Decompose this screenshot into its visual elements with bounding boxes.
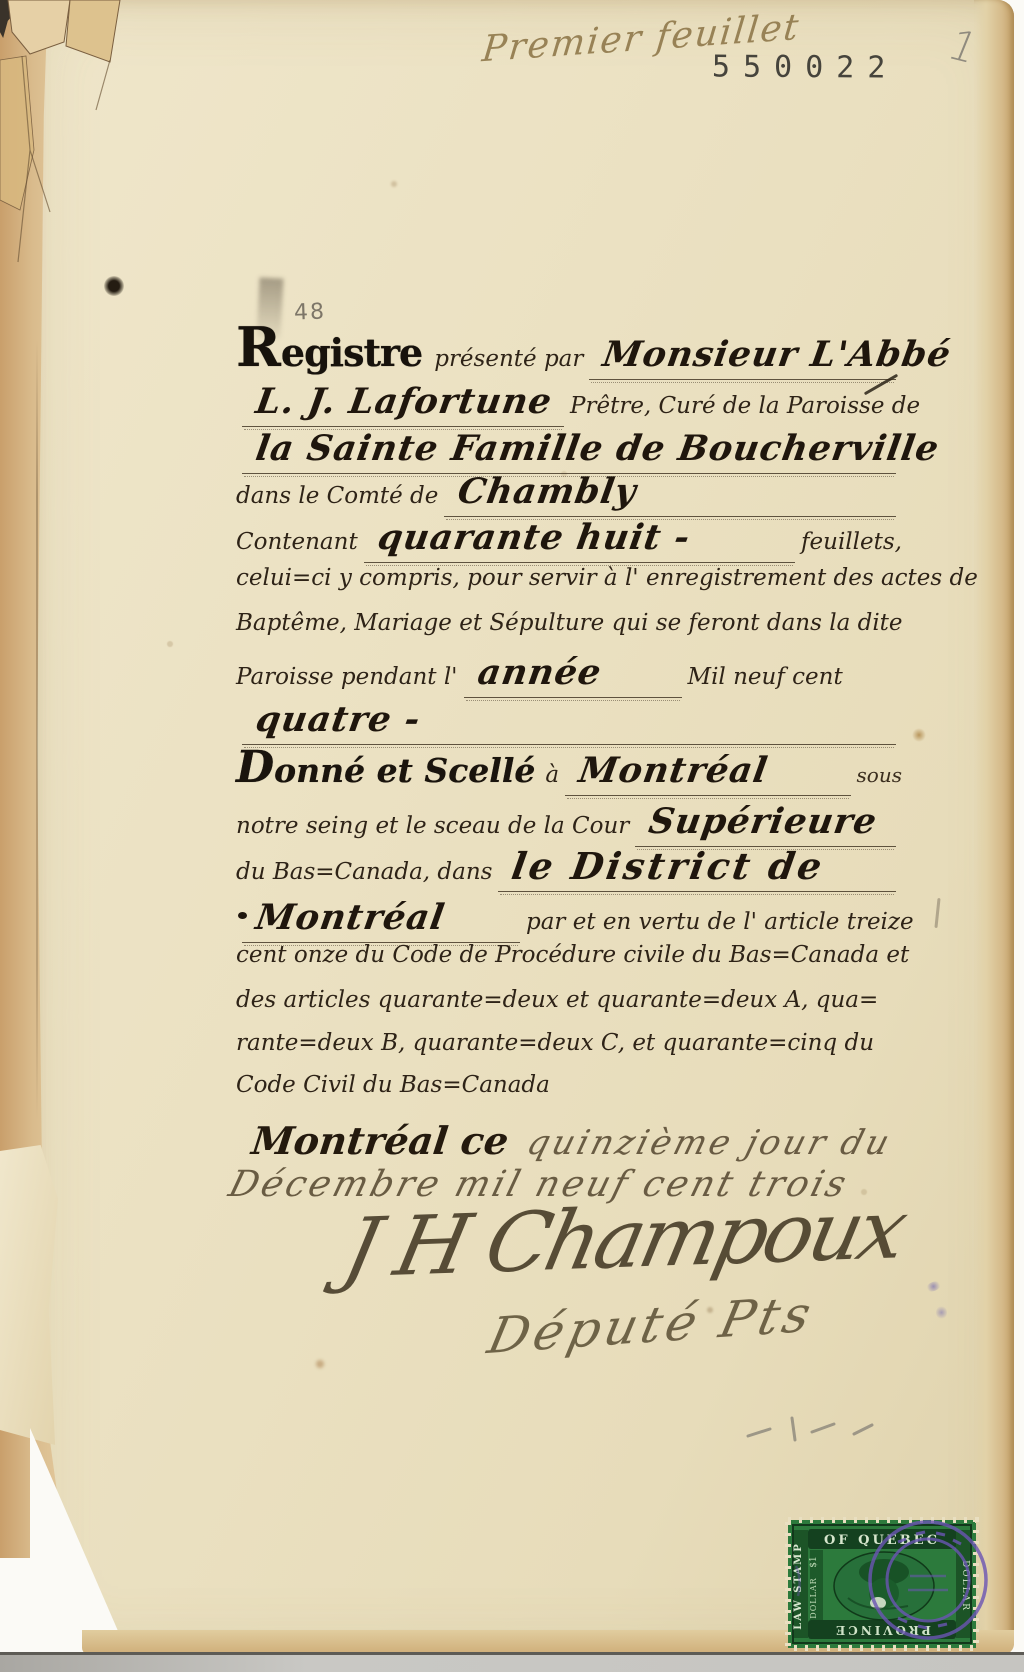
revenue-stamp: OF QUEBEC PROVINCE LAW STAMP $1 DOLLAR D… [778, 1506, 1018, 1672]
blank-rule: Supérieure [635, 800, 896, 847]
form-line-7: Baptême, Mariage et Sépulture qui se fer… [236, 609, 902, 638]
printed-label: présenté par [434, 345, 583, 374]
stamp-value: $1 [809, 1556, 819, 1567]
blank-rule: Monsieur L'Abbé [589, 333, 896, 380]
written-entry: Montréal [561, 749, 779, 795]
printed-label: sous [857, 763, 902, 788]
right-page-edge [974, 0, 1014, 1654]
printed-label: Contenant [236, 528, 358, 557]
blank-rule: Chambly [444, 470, 896, 517]
written-entry: la Sainte Famille de Boucherville [238, 427, 950, 473]
form-line-17: Code Civil du Bas=Canada [236, 1071, 902, 1100]
ornate-heading: Donné et Scellé [236, 740, 535, 795]
written-entry: Monsieur L'Abbé [586, 333, 963, 379]
stamp-portrait [834, 1552, 934, 1620]
blank-rule: année [464, 651, 682, 698]
written-entry: le District de [495, 843, 837, 891]
form-line-9: quatre - [236, 698, 902, 745]
form-line-3: la Sainte Famille de Boucherville [236, 427, 902, 474]
edge-crack [36, 340, 38, 1120]
stamp-bottom-banner: PROVINCE [833, 1623, 931, 1637]
printed-label: par et en vertu de l' article treize [526, 908, 914, 937]
printed-label: Mil neuf cent [688, 663, 843, 692]
printed-text: Baptême, Mariage et Sépulture qui se fer… [236, 609, 903, 638]
serial-number-stamp: 550022 [712, 49, 899, 85]
form-line-10: Donné et Scellé à Montréal sous [236, 740, 902, 796]
stamp-body: OF QUEBEC PROVINCE LAW STAMP $1 DOLLAR D… [788, 1520, 976, 1648]
paper-flap [0, 1145, 58, 1445]
printed-label: feuillets, [801, 528, 902, 557]
form-line-13: Montréal par et en vertu de l' article t… [236, 896, 902, 943]
blank-rule: Montréal [242, 896, 520, 943]
written-entry: quarante huit - [360, 516, 701, 562]
fox-spot [912, 728, 926, 742]
written-entry: L. J. Lafortune [238, 380, 563, 426]
crack-overlay [0, 0, 150, 360]
closing-place: Montréal ce [249, 1118, 511, 1163]
form-line-1: Registre présenté par Monsieur L'Abbé [236, 314, 902, 382]
scanner-bed [0, 1652, 1024, 1672]
printed-label: notre seing et le sceau de la Cour [236, 812, 629, 841]
printed-label: à [545, 761, 559, 790]
blank-rule: quatre - [242, 698, 896, 745]
printed-text: des articles quarante=deux et quarante=d… [236, 986, 878, 1015]
printed-label: Paroisse pendant l' [236, 663, 458, 692]
printed-label: dans le Comté de [236, 482, 438, 511]
pencil-dashes [742, 1414, 922, 1448]
ink-blot [104, 276, 124, 296]
printed-label: Prêtre, Curé de la Paroisse de [570, 392, 920, 421]
printed-label: du Bas=Canada, dans [236, 858, 492, 887]
form-line-14: cent onze du Code de Procédure civile du… [236, 941, 902, 970]
purple-mark [936, 1306, 947, 1319]
form-line-5: Contenant quarante huit - feuillets, [236, 516, 902, 563]
printed-text: celui=ci y compris, pour servir à l' enr… [236, 564, 978, 593]
form-line-4: dans le Comté de Chambly [236, 470, 902, 517]
written-entry: Chambly [441, 470, 648, 516]
blank-rule: la Sainte Famille de Boucherville [242, 427, 896, 474]
document-scan: Premier feuillet 550022 1 48 Registre pr… [0, 0, 1024, 1672]
printed-text: cent onze du Code de Procédure civile du… [236, 941, 909, 970]
closing-place-line: Montréal ce quinzième jour du [252, 1118, 892, 1163]
written-entry: Supérieure [632, 800, 889, 846]
ornate-heading: Registre [236, 314, 422, 382]
written-entry: année [460, 651, 612, 697]
blank-rule: le District de [498, 843, 896, 892]
written-entry: Montréal [238, 896, 456, 942]
printed-text: rante=deux B, quarante=deux C, et quaran… [236, 1029, 874, 1058]
form-line-12: du Bas=Canada, dans le District de [236, 843, 902, 892]
blank-rule: quarante huit - [364, 516, 795, 563]
form-line-6: celui=ci y compris, pour servir à l' enr… [236, 564, 902, 593]
signature-name: J H Champoux [336, 1182, 912, 1296]
form-line-16: rante=deux B, quarante=deux C, et quaran… [236, 1029, 902, 1058]
printed-text: Code Civil du Bas=Canada [236, 1071, 550, 1100]
form-line-8: Paroisse pendant l' année Mil neuf cent [236, 651, 902, 698]
form-line-2: L. J. Lafortune Prêtre, Curé de la Paroi… [236, 380, 902, 427]
paper-speckles [0, 0, 4, 4]
blank-rule: L. J. Lafortune [242, 380, 564, 427]
written-entry: quatre - [238, 698, 431, 744]
form-line-11: notre seing et le sceau de la Cour Supér… [236, 800, 902, 847]
form-line-15: des articles quarante=deux et quarante=d… [236, 986, 902, 1015]
closing-date-part1: quinzième jour du [523, 1123, 897, 1163]
stamp-value-text: DOLLAR [809, 1577, 818, 1618]
blank-rule: Montréal [565, 749, 850, 796]
